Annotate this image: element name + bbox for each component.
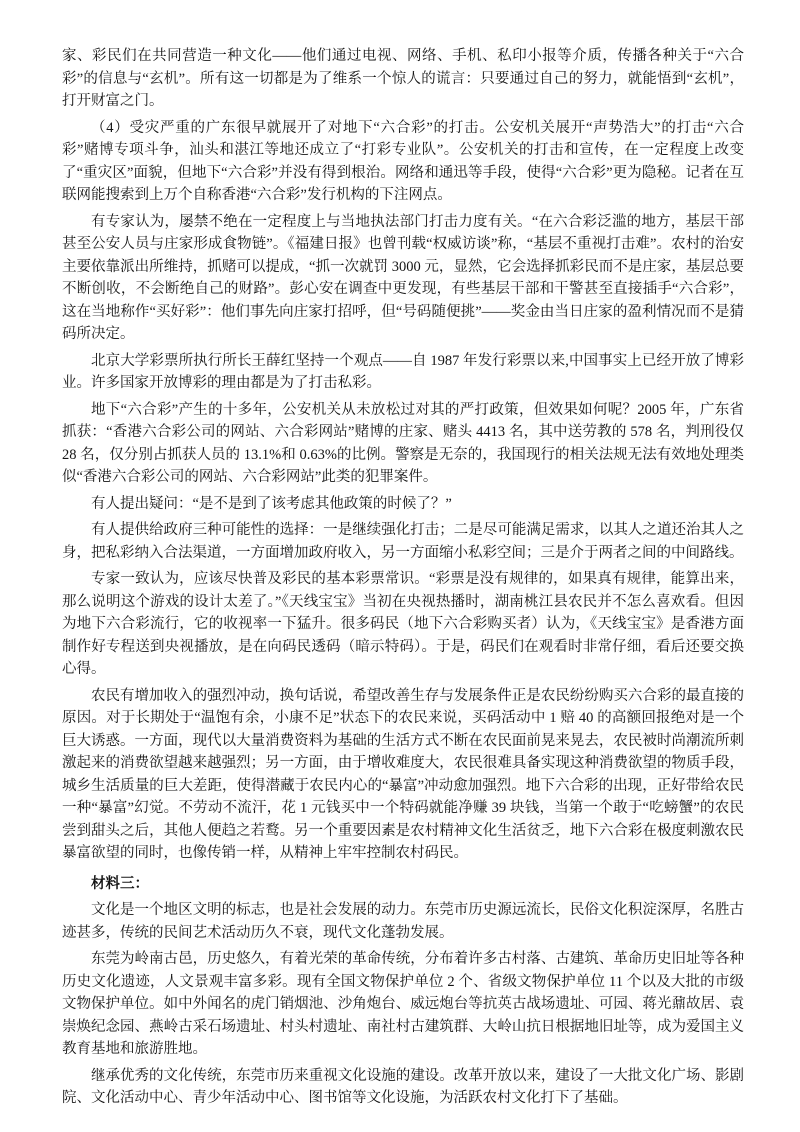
paragraph: （4）受灾严重的广东很早就展开了对地下“六合彩”的打击。公安机关展开“声势浩大”… [62, 117, 744, 207]
paragraph: 文化是一个地区文明的标志，也是社会发展的动力。东莞市历史源远流长，民俗文化积淀深… [62, 899, 744, 944]
paragraph: 农民有增加收入的强烈冲动，换句话说，希望改善生存与发展条件正是农民纷纷购买六合彩… [62, 685, 744, 865]
section-heading: 材料三： [62, 873, 744, 896]
paragraph: 北京大学彩票所执行所长王薛红坚持一个观点——自 1987 年发行彩票以来,中国事… [62, 350, 744, 395]
paragraph: 有人提出疑问：“是不是到了该考虑其他政策的时候了？” [62, 493, 744, 516]
paragraph: 专家一致认为，应该尽快普及彩民的基本彩票常识。“彩票是没有规律的，如果真有规律，… [62, 568, 744, 681]
document-page: 家、彩民们在共同营造一种文化——他们通过电视、网络、手机、私印小报等介质，传播各… [0, 0, 800, 1132]
paragraph: 有人提供给政府三种可能性的选择：一是继续强化打击；二是尽可能满足需求，以其人之道… [62, 519, 744, 564]
document-body: 家、彩民们在共同营造一种文化——他们通过电视、网络、手机、私印小报等介质，传播各… [62, 45, 744, 1110]
paragraph: 家、彩民们在共同营造一种文化——他们通过电视、网络、手机、私印小报等介质，传播各… [62, 45, 744, 113]
paragraph: 继承优秀的文化传统，东莞市历来重视文化设施的建设。改革开放以来，建设了一大批文化… [62, 1065, 744, 1110]
paragraph: 东莞为岭南古邑，历史悠久，有着光荣的革命传统，分布着许多古村落、古建筑、革命历史… [62, 948, 744, 1061]
paragraph: 地下“六合彩”产生的十多年，公安机关从未放松过对其的严打政策，但效果如何呢？20… [62, 399, 744, 489]
paragraph: 有专家认为，屡禁不绝在一定程度上与当地执法部门打击力度有关。“在六合彩泛滥的地方… [62, 211, 744, 346]
